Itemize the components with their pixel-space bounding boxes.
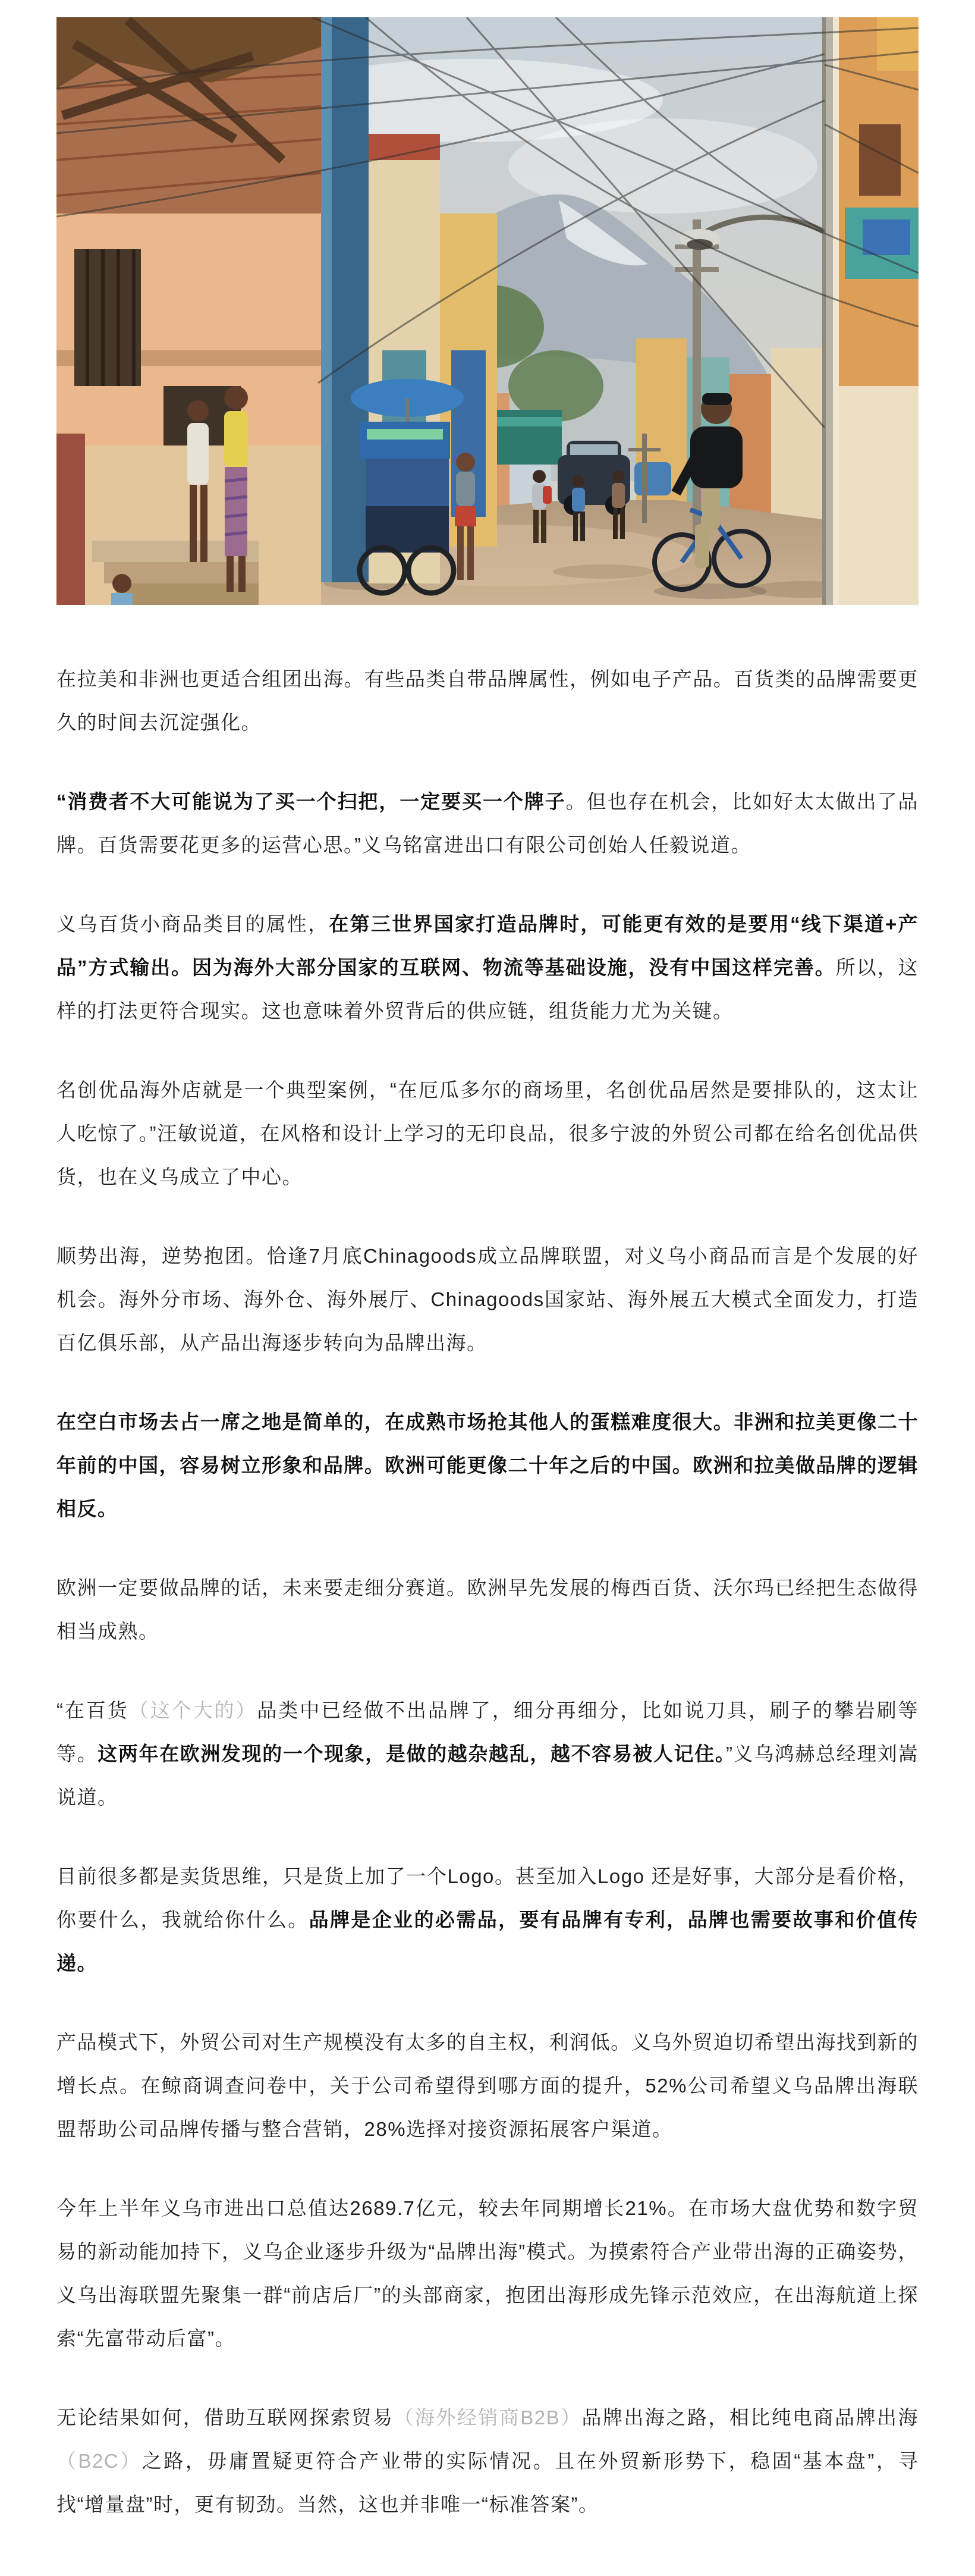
text-segment: 在空白市场去占一席之地是简单的，在成熟市场抢其他人的蛋糕难度很大。非洲和拉美更像… — [56, 1411, 919, 1520]
text-segment: “在百货 — [56, 1699, 129, 1721]
blue-car — [634, 462, 671, 495]
paragraph: 今年上半年义乌市进出口总值达2689.7亿元，较去年同期增长21%。在市场大盘优… — [56, 2186, 919, 2360]
text-segment: 在拉美和非洲也更适合组团出海。有些品类自带品牌属性，例如电子产品。百货类的品牌需… — [56, 668, 919, 733]
text-segment: 顺势出海，逆势抱团。恰逢7月底Chinagoods成立品牌联盟，对义乌小商品而言… — [56, 1245, 919, 1354]
street-photo-illustration — [56, 17, 919, 605]
text-segment: 品牌出海之路，相比纯电商品牌出海 — [582, 2406, 919, 2428]
text-segment: 名创优品海外店就是一个典型案例，“在厄瓜多尔的商场里，名创优品居然是要排队的，这… — [56, 1079, 919, 1188]
text-segment: （这个大的） — [129, 1699, 257, 1721]
paragraph: 在空白市场去占一席之地是简单的，在成熟市场抢其他人的蛋糕难度很大。非洲和拉美更像… — [56, 1400, 919, 1530]
article-content: 在拉美和非洲也更适合组团出海。有些品类自带品牌属性，例如电子产品。百货类的品牌需… — [0, 0, 975, 2576]
text-segment: 今年上半年义乌市进出口总值达2689.7亿元，较去年同期增长21%。在市场大盘优… — [56, 2197, 919, 2349]
paragraph: 顺势出海，逆势抱团。恰逢7月底Chinagoods成立品牌联盟，对义乌小商品而言… — [56, 1234, 919, 1364]
text-segment: 无论结果如何，借助互联网探索贸易 — [56, 2406, 394, 2428]
article-body: 在拉美和非洲也更适合组团出海。有些品类自带品牌属性，例如电子产品。百货类的品牌需… — [56, 657, 919, 2526]
right-buildings — [833, 17, 919, 605]
street-photo — [56, 17, 919, 605]
article-page: 在拉美和非洲也更适合组团出海。有些品类自带品牌属性，例如电子产品。百货类的品牌需… — [0, 0, 975, 2576]
paragraph: 产品模式下，外贸公司对生产规模没有太多的自主权，利润低。义乌外贸迫切希望出海找到… — [56, 2020, 919, 2151]
text-segment: 这两年在欧洲发现的一个现象，是做的越杂越乱，越不容易被人记住。 — [97, 1743, 726, 1765]
paragraph: “在百货（这个大的）品类中已经做不出品牌了，细分再细分，比如说刀具，刷子的攀岩刷… — [56, 1689, 919, 1819]
text-segment: （B2C） — [56, 2450, 142, 2472]
text-segment: （海外经销商B2B） — [394, 2406, 581, 2428]
paragraph: 目前很多都是卖货思维，只是货上加了一个Logo。甚至加入Logo 还是好事，大部… — [56, 1855, 919, 1985]
text-segment: 之路，毋庸置疑更符合产业带的实际情况。且在外贸新形势下，稳固“基本盘”，寻找“增… — [56, 2450, 919, 2515]
paragraph: 义乌百货小商品类目的属性，在第三世界国家打造品牌时，可能更有效的是要用“线下渠道… — [56, 902, 919, 1033]
text-segment: “消费者不大可能说为了买一个扫把，一定要买一个牌子 — [56, 790, 566, 812]
text-segment: 产品模式下，外贸公司对生产规模没有太多的自主权，利润低。义乌外贸迫切希望出海找到… — [56, 2031, 919, 2140]
text-segment: 欧洲一定要做品牌的话，未来要走细分赛道。欧洲早先发展的梅西百货、沃尔玛已经把生态… — [56, 1577, 919, 1642]
paragraph: 无论结果如何，借助互联网探索贸易（海外经销商B2B）品牌出海之路，相比纯电商品牌… — [56, 2396, 919, 2526]
paragraph: “消费者不大可能说为了买一个扫把，一定要买一个牌子。但也存在机会，比如好太太做出… — [56, 780, 919, 867]
paragraph: 在拉美和非洲也更适合组团出海。有些品类自带品牌属性，例如电子产品。百货类的品牌需… — [56, 657, 919, 744]
text-segment: 义乌百货小商品类目的属性， — [56, 913, 329, 935]
paragraph: 欧洲一定要做品牌的话，未来要走细分赛道。欧洲早先发展的梅西百货、沃尔玛已经把生态… — [56, 1566, 919, 1653]
paragraph: 名创优品海外店就是一个典型案例，“在厄瓜多尔的商场里，名创优品居然是要排队的，这… — [56, 1068, 919, 1198]
